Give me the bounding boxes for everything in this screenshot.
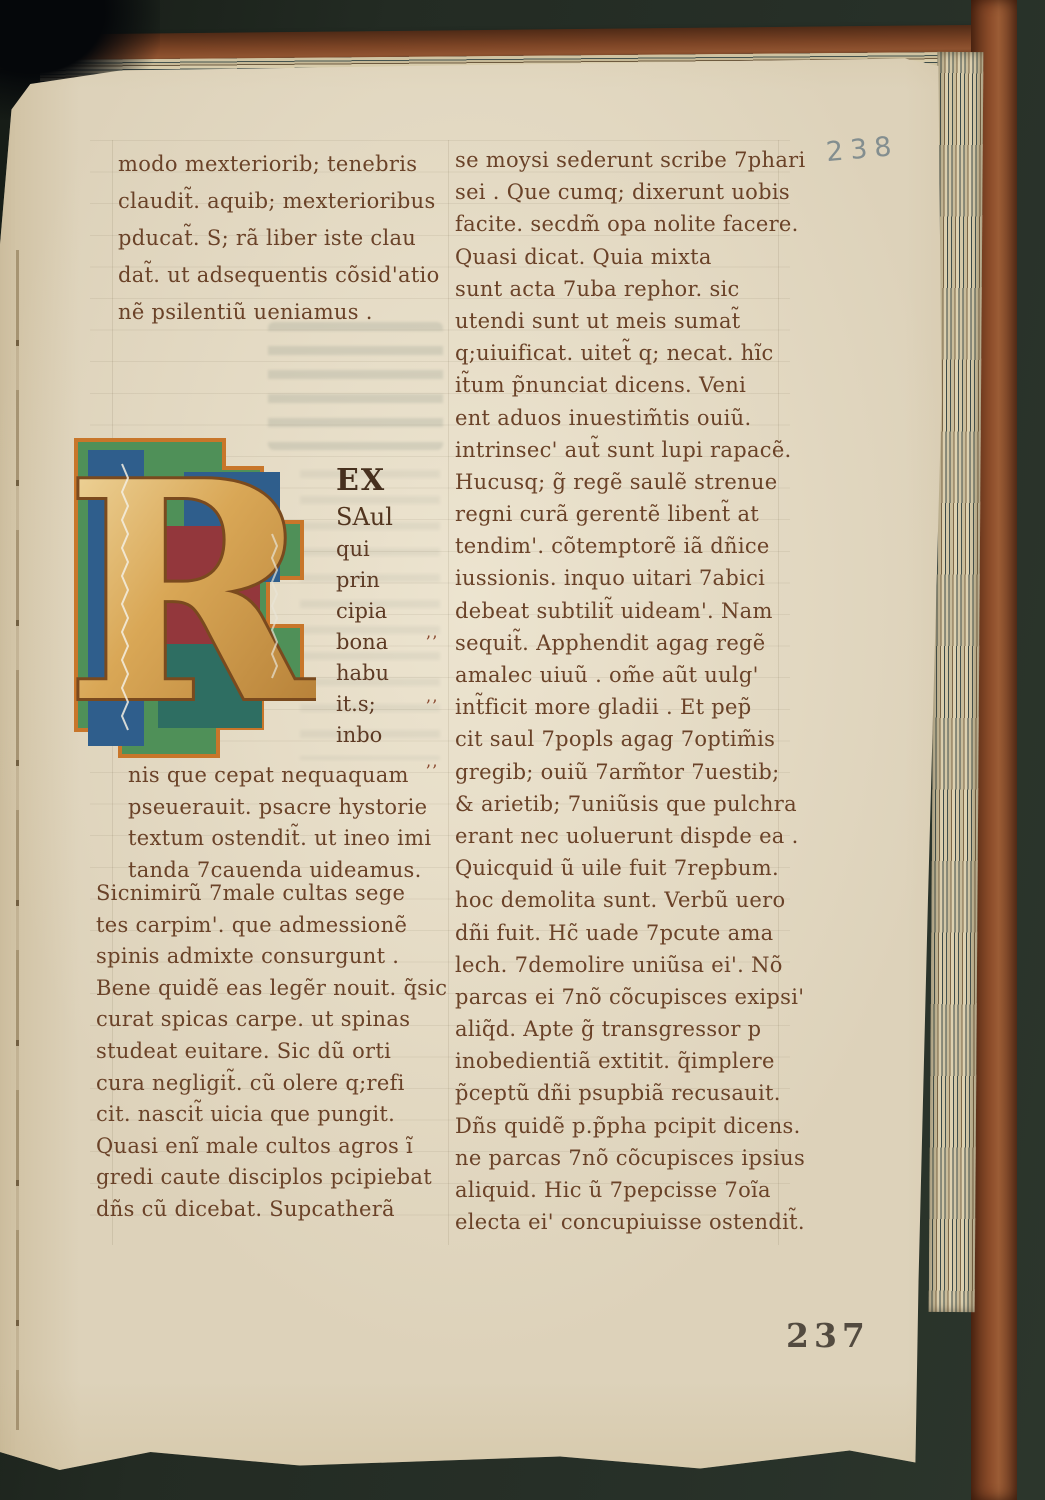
line-text: sunt acta 7uba rephor. sic	[455, 277, 740, 301]
manuscript-text-line: spinis admixte consurgunt .	[96, 941, 447, 973]
manuscript-text-line: p̃ceptũ dñi psupbiã recusauit.	[455, 1077, 806, 1109]
right-column: se moysi sederunt scribe 7phari sei . Qu…	[455, 144, 806, 1238]
line-text: parcas ei 7nõ cõcupisces exipsi'	[455, 985, 804, 1009]
manuscript-text-line: Quicquid ũ uile fuit 7repbum.	[455, 852, 806, 884]
line-text: utendi sunt ut meis sumat̃	[455, 309, 741, 333]
manuscript-text-line: Hucusq; g̃ regẽ saulẽ strenue	[455, 466, 806, 498]
line-text: debeat subtilit̃ uideam'. Nam	[455, 599, 773, 623]
line-text: ent aduos inuestim̃tis ouiũ.	[455, 406, 751, 430]
manuscript-text-line: se moysi sederunt scribe 7phari	[455, 144, 806, 176]
gutter-sewing-line	[16, 250, 19, 1430]
line-text: hoc demolita sunt. Verbũ uero	[455, 888, 785, 912]
manuscript-text-line: intrinsec' aut̃ sunt lupi rapacẽ.	[455, 434, 806, 466]
manuscript-text-line: ne parcas 7nõ cõcupisces ipsius	[455, 1142, 806, 1174]
manuscript-text-line: Dñs quidẽ p.p̃pha pcipit dicens.	[455, 1110, 806, 1142]
manuscript-text-line: debeat subtilit̃ uideam'. Nam	[455, 595, 806, 627]
manuscript-text-line: Bene quidẽ eas legẽr nouit. q̃sic	[96, 973, 447, 1005]
line-text: sequit̃. Apphendit agag regẽ	[455, 631, 766, 655]
manuscript-text-line: amalec uiuũ . om̃e aũt uulg'	[455, 659, 806, 691]
manuscript-text-line: modo mexteriorib; tenebris	[118, 146, 440, 183]
manuscript-text-line: habu	[336, 658, 393, 689]
line-text: Quasi dicat. Quia mixta	[455, 245, 712, 269]
manuscript-text-line: EX	[336, 462, 393, 500]
manuscript-text-line: textum ostendit̃. ut ineo imi	[128, 823, 431, 855]
line-text: electa ei' concupiuisse ostendit̃.	[455, 1210, 805, 1234]
manuscript-text-line: Quasi dicat. Quia mixta	[455, 241, 806, 273]
manuscript-text-line: sunt acta 7uba rephor. sic	[455, 273, 806, 305]
marginal-citation-mark: ʼʼ	[425, 691, 438, 723]
line-text: facite. secdm̃ opa nolite facere.	[455, 212, 799, 236]
line-text: amalec uiuũ . om̃e aũt uulg'	[455, 663, 759, 687]
manuscript-text-line: dñi fuit. Hc̃ uade 7pcute ama	[455, 917, 806, 949]
line-text: lech. 7demolire uniũsa ei'. Nõ	[455, 953, 783, 977]
text-beside-initial: EXSAulquiprincipiabonahabuit.s;inbo	[336, 462, 393, 751]
left-column-body: Sicnimirũ 7male cultas segetes carpim'.…	[96, 878, 447, 1226]
line-text: q;uiuificat. uitet̃ q; necat. hĩc	[455, 341, 774, 365]
manuscript-text-line: tes carpim'. que admessionẽ	[96, 910, 447, 942]
manuscript-text-line: ʼʼ sequit̃. Apphendit agag regẽ	[455, 627, 806, 659]
line-text: Hucusq; g̃ regẽ saulẽ strenue	[455, 470, 777, 494]
line-text: sei . Que cumq; dixerunt uobis	[455, 180, 790, 204]
left-column-below-initial: nis que cepat nequaquampseuerauit. psacr…	[128, 760, 431, 886]
manuscript-text-line: inobedientiã extitit. q̃implere	[455, 1045, 806, 1077]
manuscript-text-line: q;uiuificat. uitet̃ q; necat. hĩc	[455, 337, 806, 369]
manuscript-text-line: curat spicas carpe. ut spinas	[96, 1004, 447, 1036]
manuscript-text-line: tendim'. cõtemptorẽ iã dñice	[455, 530, 806, 562]
manuscript-text-line: iussionis. inquo uitari 7abici	[455, 562, 806, 594]
manuscript-text-line: cura negligit̃. cũ olere q;refi	[96, 1068, 447, 1100]
manuscript-text-line: pseuerauit. psacre hystorie	[128, 792, 431, 824]
manuscript-text-line: utendi sunt ut meis sumat̃	[455, 305, 806, 337]
manuscript-text-line: nẽ psilentiũ ueniamus .	[118, 294, 440, 331]
manuscript-text-line: & arietib; 7uniũsis que pulchra	[455, 788, 806, 820]
illuminated-initial-R: R	[66, 430, 316, 765]
line-text: aliq̃d. Apte g̃ transgressor p	[455, 1017, 761, 1041]
manuscript-text-line: dat̃. ut adsequentis cõsid'atio	[118, 257, 440, 294]
manuscript-text-line: claudit̃. aquib; mexterioribus	[118, 183, 440, 220]
parchment-page: 238 modo mexteriorib; tenebrisclaudit̃. …	[0, 0, 1045, 1500]
line-text: it̃um p̃nunciat dicens. Veni	[455, 373, 746, 397]
manuscript-text-line: lech. 7demolire uniũsa ei'. Nõ	[455, 949, 806, 981]
manuscript-text-line: inbo	[336, 720, 393, 751]
manuscript-text-line: gredi caute disciplos pcipiebat	[96, 1162, 447, 1194]
line-text: iussionis. inquo uitari 7abici	[455, 566, 765, 590]
manuscript-text-line: cit saul 7popls agag 7optim̃is	[455, 723, 806, 755]
manuscript-text-line: it.s;	[336, 689, 393, 720]
line-text: & arietib; 7uniũsis que pulchra	[455, 792, 797, 816]
marginal-citation-mark: ʼʼ	[425, 756, 438, 788]
manuscript-text-line: ʼʼ gregib; ouiũ 7arm̃tor 7uestib;	[455, 756, 806, 788]
line-text: gregib; ouiũ 7arm̃tor 7uestib;	[455, 760, 779, 784]
line-text: regni curã gerentẽ libent̃ at	[455, 502, 759, 526]
page-number-stamp: 237	[786, 1316, 870, 1355]
manuscript-photo: 238 modo mexteriorib; tenebrisclaudit̃. …	[0, 0, 1045, 1500]
line-text: intrinsec' aut̃ sunt lupi rapacẽ.	[455, 438, 792, 462]
manuscript-text-line: cit. nascit̃ uicia que pungit.	[96, 1099, 447, 1131]
manuscript-text-line: qui	[336, 534, 393, 565]
manuscript-text-line: studeat euitare. Sic dũ orti	[96, 1036, 447, 1068]
left-column-top-paragraph: modo mexteriorib; tenebrisclaudit̃. aqui…	[118, 146, 440, 331]
line-text: Quicquid ũ uile fuit 7repbum.	[455, 856, 779, 880]
manuscript-text-line: sei . Que cumq; dixerunt uobis	[455, 176, 806, 208]
folio-number-pencil: 238	[825, 131, 900, 168]
manuscript-text-line: parcas ei 7nõ cõcupisces exipsi'	[455, 981, 806, 1013]
line-text: dñi fuit. Hc̃ uade 7pcute ama	[455, 921, 774, 945]
manuscript-text-line: hoc demolita sunt. Verbũ uero	[455, 884, 806, 916]
manuscript-text-line: Quasi enĩ male cultos agros ĩ	[96, 1131, 447, 1163]
manuscript-text-line: aliq̃d. Apte g̃ transgressor p	[455, 1013, 806, 1045]
line-text: cit saul 7popls agag 7optim̃is	[455, 727, 775, 751]
marginal-citation-mark: ʼʼ	[425, 627, 438, 659]
manuscript-text-line: pducat̃. S; rã liber iste clau	[118, 220, 440, 257]
line-text: erant nec uoluerunt dispde ea .	[455, 824, 799, 848]
manuscript-text-line: ent aduos inuestim̃tis ouiũ.	[455, 402, 806, 434]
manuscript-text-line: aliquid. Hic ũ 7pepcisse 7oĩa	[455, 1174, 806, 1206]
manuscript-text-line: nis que cepat nequaquam	[128, 760, 431, 792]
manuscript-text-line: SAul	[336, 500, 393, 534]
initial-letter-glyph: R	[66, 430, 316, 765]
manuscript-text-line: bona	[336, 627, 393, 658]
manuscript-text-line: ʼʼ int̃ficit more gladii . Et pep̃	[455, 691, 806, 723]
manuscript-text-line: prin	[336, 565, 393, 596]
line-text: se moysi sederunt scribe 7phari	[455, 148, 806, 172]
line-text: inobedientiã extitit. q̃implere	[455, 1049, 775, 1073]
manuscript-text-line: regni curã gerentẽ libent̃ at	[455, 498, 806, 530]
line-text: Dñs quidẽ p.p̃pha pcipit dicens.	[455, 1114, 801, 1138]
manuscript-text-line: erant nec uoluerunt dispde ea .	[455, 820, 806, 852]
line-text: int̃ficit more gladii . Et pep̃	[455, 695, 752, 719]
manuscript-text-line: facite. secdm̃ opa nolite facere.	[455, 208, 806, 240]
manuscript-text-line: cipia	[336, 596, 393, 627]
manuscript-text-line: dñs cũ dicebat. Supcatherã	[96, 1194, 447, 1226]
line-text: ne parcas 7nõ cõcupisces ipsius	[455, 1146, 805, 1170]
line-text: p̃ceptũ dñi psupbiã recusauit.	[455, 1081, 781, 1105]
manuscript-text-line: electa ei' concupiuisse ostendit̃.	[455, 1206, 806, 1238]
manuscript-text-line: Sicnimirũ 7male cultas sege	[96, 878, 447, 910]
line-text: aliquid. Hic ũ 7pepcisse 7oĩa	[455, 1178, 771, 1202]
ruling-line-center	[448, 140, 449, 1245]
line-text: tendim'. cõtemptorẽ iã dñice	[455, 534, 770, 558]
manuscript-text-line: it̃um p̃nunciat dicens. Veni	[455, 369, 806, 401]
